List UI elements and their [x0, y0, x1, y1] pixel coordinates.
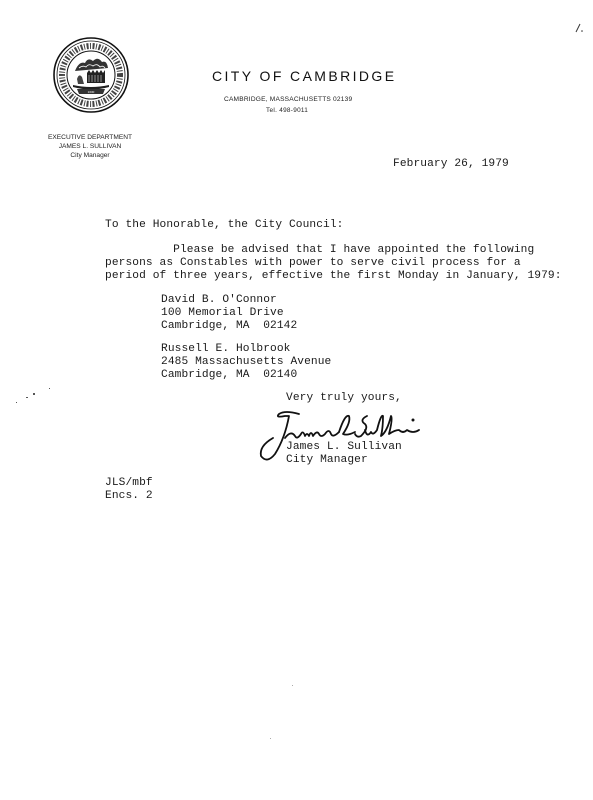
department-block: EXECUTIVE DEPARTMENT JAMES L. SULLIVAN C…	[40, 133, 140, 160]
svg-text:1630: 1630	[88, 90, 95, 94]
reference-block: JLS/mbf Encs. 2	[105, 477, 153, 503]
scan-artifact	[33, 393, 35, 395]
department-name: EXECUTIVE DEPARTMENT	[40, 133, 140, 142]
appointee-name: Russell E. Holbrook	[161, 343, 331, 356]
scan-artifact	[26, 397, 28, 398]
letter-date: February 26, 1979	[393, 158, 509, 171]
scan-artifact	[16, 402, 17, 403]
body-line: period of three years, effective the fir…	[105, 270, 525, 283]
signer-name: James L. Sullivan	[286, 441, 402, 454]
department-person: JAMES L. SULLIVAN	[40, 142, 140, 151]
appointee-city: Cambridge, MA 02140	[161, 369, 331, 382]
scan-artifact	[270, 738, 271, 739]
appointee-street: 100 Memorial Drive	[161, 307, 297, 320]
enclosures-note: Encs. 2	[105, 490, 153, 503]
body-line: persons as Constables with power to serv…	[105, 257, 525, 270]
letterhead-title: CITY OF CAMBRIDGE	[212, 68, 396, 84]
signer-title: City Manager	[286, 454, 402, 467]
city-seal-icon: 1630	[53, 37, 129, 113]
letterhead-telephone: Tel. 498-9011	[266, 107, 308, 114]
signer-block: James L. Sullivan City Manager	[286, 441, 402, 467]
department-role: City Manager	[40, 151, 140, 160]
page-number-mark	[574, 20, 584, 30]
letterhead-address: CAMBRIDGE, MASSACHUSETTS 02139	[224, 96, 352, 103]
appointee-city: Cambridge, MA 02142	[161, 320, 297, 333]
appointee-street: 2485 Massachusetts Avenue	[161, 356, 331, 369]
scan-artifact	[49, 388, 50, 389]
salutation: To the Honorable, the City Council:	[105, 219, 343, 232]
appointee-address-block: Russell E. Holbrook 2485 Massachusetts A…	[161, 343, 331, 382]
body-line: Please be advised that I have appointed …	[105, 244, 525, 257]
closing: Very truly yours,	[286, 392, 402, 405]
scan-artifact	[292, 685, 293, 686]
body-paragraph: Please be advised that I have appointed …	[105, 244, 525, 283]
appointee-address-block: David B. O'Connor 100 Memorial Drive Cam…	[161, 294, 297, 333]
appointee-name: David B. O'Connor	[161, 294, 297, 307]
reference-initials: JLS/mbf	[105, 477, 153, 490]
